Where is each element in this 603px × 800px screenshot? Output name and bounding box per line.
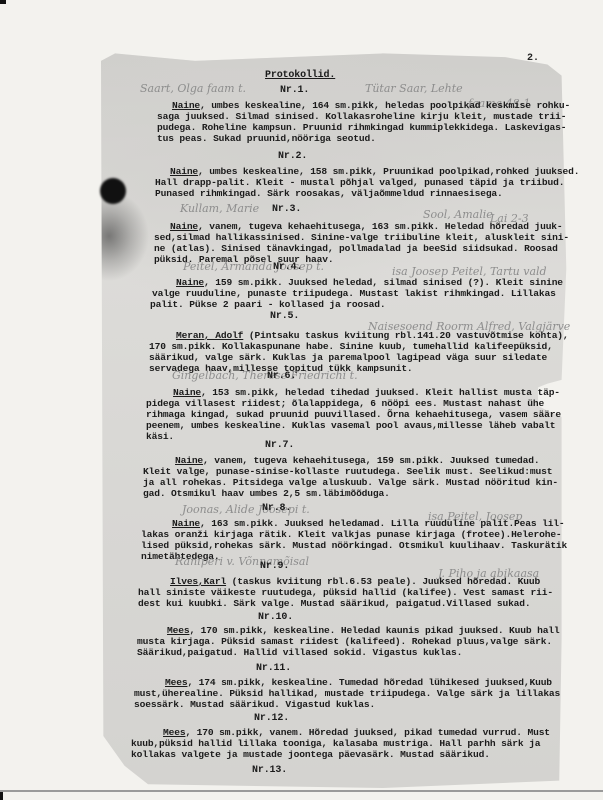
handwritten-note: Tütar Saar, Lehte bbox=[365, 82, 463, 95]
entry-text-line: Kleit valge, punase-sinise-kollaste ruut… bbox=[143, 466, 552, 477]
entry-text-line: tus peas. Sukad pruunid,nööriga seotud. bbox=[157, 133, 376, 144]
entry-subject: Naine bbox=[173, 387, 201, 398]
entry-number: Nr.7. bbox=[265, 440, 294, 451]
entry-number: Nr.5. bbox=[270, 311, 299, 322]
photo-border bbox=[0, 790, 603, 792]
entry-text-line: Naine, vanem, tugeva kehaehitusega, 163 … bbox=[170, 221, 563, 232]
entry-text-line: valge ruuduline, punaste triipudega. Mus… bbox=[152, 288, 556, 299]
entry-subject: Mees bbox=[167, 625, 189, 636]
entry-text-line: Ilves,Karl (taskus kviitung rbl.6.53 pea… bbox=[170, 576, 540, 587]
entry-subject: Naine bbox=[172, 518, 200, 529]
entry-number: Nr.11. bbox=[256, 663, 291, 674]
entry-text-line: Meran, Adolf (Pintsaku taskus kviitung r… bbox=[176, 330, 569, 341]
typewritten-document: 2. Protokollid. Saart, Olga faam t. Nr.1… bbox=[0, 0, 603, 800]
entry-text-line: Mees, 170 sm.pikk, keskealine. Heledad k… bbox=[167, 625, 560, 636]
entry-text-line: Naine, umbes keskealine, 164 sm.pikk, he… bbox=[172, 100, 570, 111]
entry-text-line: must,üherealine. Püksid hallikad, mustad… bbox=[134, 688, 560, 699]
entry-text-line: Mees, 170 sm.pikk, vanem. Hõredad juukse… bbox=[163, 727, 550, 738]
entry-text-line: ja all rohekas. Pitsidega valge aluskuub… bbox=[143, 477, 558, 488]
entry-number: Nr.6. bbox=[267, 371, 296, 382]
entry-text-line: säärikud, valge särk. Kuklas ja paremalp… bbox=[149, 352, 547, 363]
handwritten-note: Saart, Olga faam t. bbox=[140, 82, 246, 95]
entry-text-line: musta kirjaga. Püksid samast riidest (ka… bbox=[137, 636, 552, 647]
entry-subject: Naine bbox=[170, 166, 198, 177]
entry-subject: Naine bbox=[175, 455, 203, 466]
entry-subject: Ilves,Karl bbox=[170, 576, 226, 587]
entry-text-line: hall siniste väikeste ruutudega, püksid … bbox=[138, 587, 553, 598]
entry-text-line: käsi. bbox=[146, 431, 174, 442]
handwritten-note: Kullam, Marie bbox=[180, 202, 259, 215]
entry-text-line: Naine, 163 sm.pikk. Juuksed heledamad. L… bbox=[172, 518, 565, 529]
entry-number: Nr.9. bbox=[260, 561, 289, 572]
entry-text-line: rihmaga kingad, sukad pruunid puuvillase… bbox=[146, 409, 561, 420]
entry-subject: Mees bbox=[165, 677, 187, 688]
entry-number: Nr.1. bbox=[280, 85, 309, 96]
entry-text-line: lakas oranži kirjaga rätik. Kleit valkja… bbox=[141, 529, 562, 540]
entry-text-line: 170 sm.pikk. Kollakaspunane habe. Sinine… bbox=[149, 341, 553, 352]
entry-text-line: lised püksid,rohekas särk. Mustad nöörki… bbox=[141, 540, 567, 551]
entry-text-line: gad. Otsmikul haav umbes 2,5 sm.läbimõõd… bbox=[143, 488, 390, 499]
entry-number: Nr.10. bbox=[258, 612, 293, 623]
handwritten-note: Sool, Amalie bbox=[423, 208, 493, 221]
entry-text-line: ne (atlas). Sinised tänavkingad, pollmad… bbox=[154, 243, 558, 254]
corner-mark bbox=[0, 792, 3, 800]
handwritten-note: Gingelbach, Therese Friedrichi t. bbox=[172, 369, 358, 382]
entry-text-line: saga juuksed. Silmad sinised. Kollakasro… bbox=[157, 111, 566, 122]
entry-subject: Naine bbox=[176, 277, 204, 288]
entry-text-line: Naine, 159 sm.pikk. Juuksed heledad, sil… bbox=[176, 277, 563, 288]
entry-text-line: kollakas valgete ja mustade joontega päe… bbox=[131, 749, 490, 760]
page-number: 2. bbox=[527, 53, 539, 64]
entry-text-line: peenem, umbes keskealine. Kuklas vasemal… bbox=[146, 420, 555, 431]
entry-text-line: Punased rihmkingad. Särk roosakas, välja… bbox=[155, 188, 503, 199]
entry-subject: Meran, Adolf bbox=[176, 330, 243, 341]
entry-subject: Mees bbox=[163, 727, 185, 738]
entry-number: Nr.2. bbox=[278, 151, 307, 162]
entry-text-line: kuub,püksid hallid lillaka tooniga, kala… bbox=[131, 738, 540, 749]
entry-number: Nr.3. bbox=[272, 204, 301, 215]
entry-text-line: Hall drapp-palit. Kleit - mustal põhjal … bbox=[155, 177, 564, 188]
entry-subject: Naine bbox=[170, 221, 198, 232]
entry-number: Nr.4. bbox=[273, 262, 302, 273]
entry-text-line: Naine, vanem, tugeva kehaehitusega, 159 … bbox=[175, 455, 539, 466]
document-title: Protokollid. bbox=[265, 70, 335, 81]
entry-text-line: Mees, 174 sm.pikk, keskealine. Tumedad h… bbox=[165, 677, 552, 688]
entry-text-line: Naine, umbes keskealine, 158 sm.pikk, Pr… bbox=[170, 166, 579, 177]
entry-text-line: Naine, 153 sm.pikk, heledad tihedad juuk… bbox=[173, 387, 560, 398]
entry-text-line: sed,silmad hallikassinised. Sinine-valge… bbox=[154, 232, 569, 243]
entry-text-line: pudega. Roheline kampsun. Pruunid rihmki… bbox=[157, 122, 566, 133]
handwritten-note: Peitel, Armanda Joosep t. bbox=[183, 260, 324, 273]
entry-text-line: dest kui kuubki. Särk valge. Mustad säär… bbox=[138, 598, 531, 609]
entry-text-line: pidega villasest riidest; õlalappidega, … bbox=[146, 398, 544, 409]
entry-number: Nr.8. bbox=[262, 503, 291, 514]
entry-number: Nr.12. bbox=[254, 713, 289, 724]
entry-subject: Naine bbox=[172, 100, 200, 111]
entry-number: Nr.13. bbox=[252, 765, 287, 776]
entry-text-line: palit. Pükse 2 paari - kollased ja roosa… bbox=[150, 299, 386, 310]
entry-text-line: Säärikud,paigatud. Hallid villased sokid… bbox=[137, 647, 462, 658]
entry-text-line: soessärk. Mustad säärikud. Vigastud kukl… bbox=[134, 699, 375, 710]
